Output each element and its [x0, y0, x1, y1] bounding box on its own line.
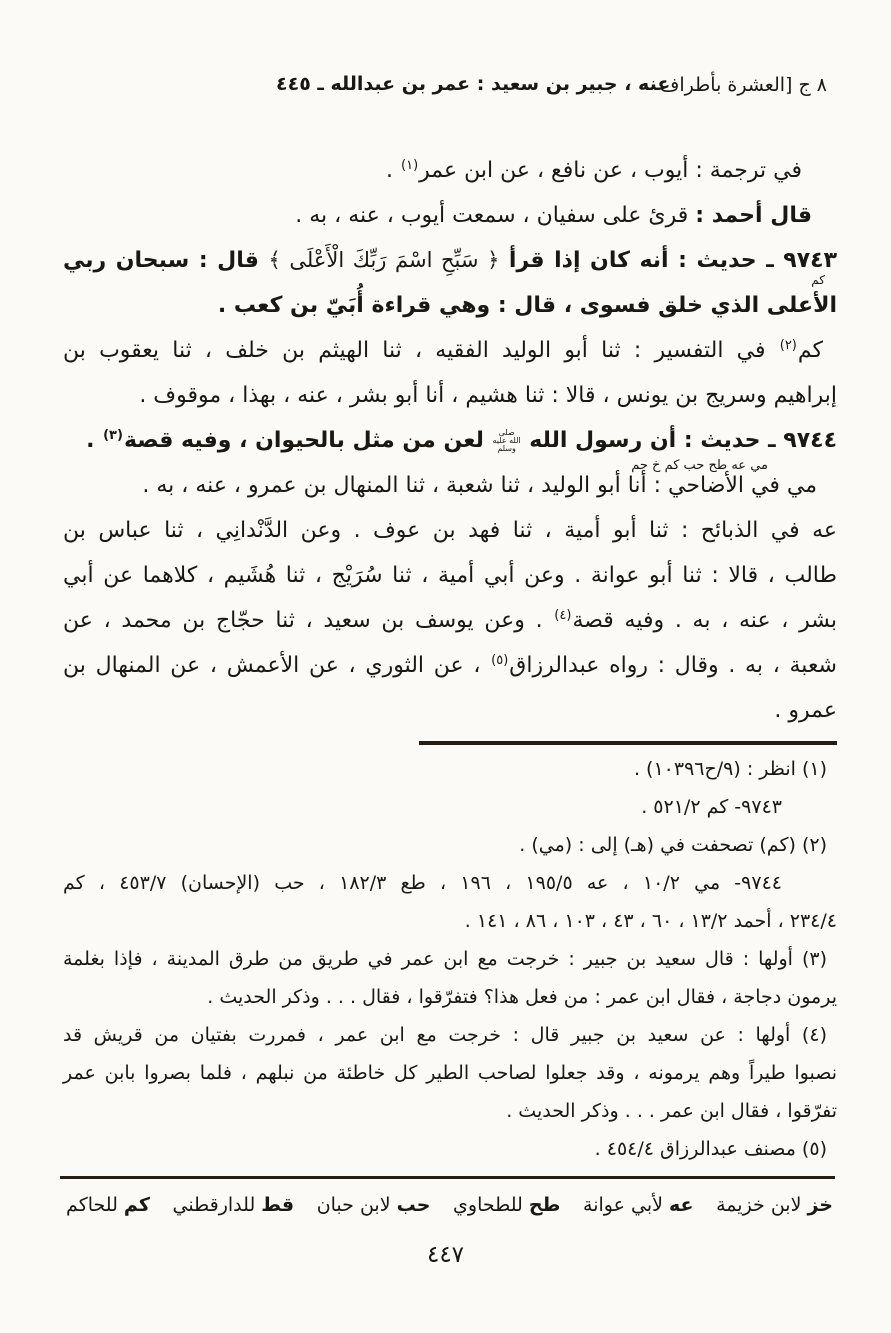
footnote-2-sources-line1: ٩٧٤٤- مي ١٠/٢ ، عه ١٩٥/٥ ، ١٩٦ ، طع ١٨٢/…	[63, 864, 837, 902]
footnote-ref-3: (٣)	[102, 428, 124, 443]
tarjama-line: في ترجمة : أيوب ، عن نافع ، عن ابن عمر(١…	[63, 148, 837, 193]
footnote-1-sources: ٩٧٤٣- كم ٥٢١/٢ .	[63, 788, 837, 826]
adahi-line: مي في الأضاحي : أنا أبو الوليد ، ثنا شعب…	[63, 463, 837, 508]
hadith-9744-mid: لعن من مثل بالحيوان ، وفيه قصة	[124, 428, 492, 453]
abbrev: حب	[397, 1194, 431, 1216]
abbrev-key-daraqutni: قط للدارقطني	[172, 1191, 294, 1219]
ahmad-rest: قرئ على سفيان ، سمعت أيوب ، عنه ، به .	[295, 203, 695, 228]
abbrev: قط	[261, 1194, 294, 1216]
dhabaih-line4b: ، عن الثوري ، عن الأعمش ، عن المنهال بن	[63, 653, 490, 678]
dhabaih-line3b: . وعن يوسف بن سعيد ، ثنا حجّاج بن محمد ،…	[63, 608, 553, 633]
hadith-9743-head: ٩٧٤٣ ـ حديث : أنه كان إذا قرأ	[499, 248, 837, 273]
abbrev-name: للدارقطني	[172, 1194, 255, 1216]
abbrev-name: لأبي عوانة	[583, 1194, 663, 1216]
abbrev-name: لابن حبان	[317, 1194, 391, 1216]
abbreviation-key-row: خز لابن خزيمة عه لأبي عوانة طح للطحاوي ح…	[66, 1191, 833, 1219]
tafsir-line1: كم(٢) في التفسير : ثنا أبو الوليد الفقيه…	[63, 328, 837, 373]
footnote-ref-4: (٤)	[553, 608, 572, 623]
abbrev-key-tahawi: طح للطحاوي	[453, 1191, 560, 1219]
abbrev-name: للحاكم	[66, 1194, 118, 1216]
footnote-ref-2: (٢)	[779, 338, 798, 353]
quran-verse: ﴿ سَبِّحِ اسْمَ رَبِّكَ الْأَعْلَى ﴾	[269, 248, 500, 272]
tafsir-rumz: كم	[798, 338, 823, 363]
footnote-ref-1: (١)	[400, 158, 419, 173]
footnote-4-line2: نصبوا طيراً وهم يرمونه ، وقد جعلوا لصاحب…	[63, 1054, 837, 1092]
tarjama-tail: .	[386, 158, 400, 183]
dhabaih-line4: شعبة ، به . وقال : رواه عبدالرزاق(٥) ، ع…	[63, 643, 837, 688]
footnote-2-sources-line2: ٢٣٤/٤ ، أحمد ١٣/٢ ، ٦٠ ، ٤٣ ، ١٠٣ ، ٨٦ ،…	[63, 902, 837, 940]
dhabaih-line2: طالب ، قالا : ثنا أبو عوانة . وعن أبي أم…	[63, 553, 837, 598]
footnote-3-line1: (٣) أولها : قال سعيد بن جبير : خرجت مع ا…	[63, 940, 837, 978]
abbrev-key-awanah: عه لأبي عوانة	[583, 1191, 693, 1219]
footnote-1: (١) انظر : (٩/ح١٠٣٩٦) .	[63, 750, 837, 788]
abbrev: كم	[124, 1194, 150, 1216]
hadith-9743-line1: ٩٧٤٣ ـ حديث : أنه كان إذا قرأ ﴿ سَبِّحِ …	[63, 238, 837, 283]
tarjama-text: في ترجمة : أيوب ، عن نافع ، عن ابن عمر	[419, 158, 802, 183]
footnotes-block: (١) انظر : (٩/ح١٠٣٩٦) . ٩٧٤٣- كم ٥٢١/٢ .…	[63, 750, 837, 1168]
abbrev: طح	[529, 1194, 561, 1216]
abbrev-name: للطحاوي	[453, 1194, 523, 1216]
abbrev-key-khuzaymah: خز لابن خزيمة	[716, 1191, 833, 1219]
dhabaih-line1: عه في الذبائح : ثنا أبو أمية ، ثنا فهد ب…	[63, 508, 837, 553]
abbrev-key-hakim: كم للحاكم	[66, 1191, 150, 1219]
footnote-3-line2: يرمون دجاجة ، فقال ابن عمر : من فعل هذا؟…	[63, 978, 837, 1016]
abbrev-name: لابن خزيمة	[716, 1194, 801, 1216]
footnote-4-line3: تفرّقوا ، فقال ابن عمر . . . وذكر الحديث…	[63, 1092, 837, 1130]
hadith-9743-line2: الأعلى الذي خلق فسوى ، قال : وهي قراءة أ…	[63, 283, 837, 328]
dhabaih-line4a: شعبة ، به . وقال : رواه عبدالرزاق	[509, 653, 837, 678]
page-number: ٤٤٧	[0, 1242, 891, 1268]
hadith-9743-tail: قال : سبحان ربي	[63, 248, 269, 273]
header-volume-title: ٨ ج [العشرة بأطراف	[660, 74, 827, 96]
footnote-separator-rule	[419, 741, 837, 745]
saw-ligature: صلى الله عليه وسلم	[492, 429, 522, 453]
footnote-5: (٥) مصنف عبدالرزاق ٤٥٤/٤ .	[63, 1130, 837, 1168]
footnote-ref-5: (٥)	[490, 653, 509, 668]
tafsir-text: في التفسير : ثنا أبو الوليد الفقيه ، ثنا…	[63, 338, 779, 363]
footer-rule	[60, 1176, 835, 1179]
body-text: في ترجمة : أيوب ، عن نافع ، عن ابن عمر(١…	[63, 148, 837, 733]
ahmad-line: قال أحمد : قرئ على سفيان ، سمعت أيوب ، ع…	[63, 193, 837, 238]
dhabaih-line3: بشر ، عنه ، به . وفيه قصة(٤) . وعن يوسف …	[63, 598, 837, 643]
dhabaih-line3a: بشر ، عنه ، به . وفيه قصة	[572, 608, 837, 633]
tafsir-line2: إبراهيم وسريج بن يونس ، قالا : ثنا هشيم …	[63, 373, 837, 418]
ahmad-lead: قال أحمد :	[695, 203, 812, 228]
dhabaih-line5: عمرو .	[63, 688, 837, 733]
abbrev-key-hibban: حب لابن حبان	[317, 1191, 431, 1219]
abbrev: عه	[669, 1194, 694, 1216]
abbrev: خز	[807, 1194, 833, 1216]
hadith-9744-line: ٩٧٤٤ ـ حديث : أن رسول الله صلى الله عليه…	[63, 418, 837, 463]
book-page: ٨ ج [العشرة بأطراف عنه ، جبير بن سعيد : …	[0, 0, 891, 1333]
footnote-2: (٢) (كم) تصحفت في (هـ) إلى : (مي) .	[63, 826, 837, 864]
hadith-9744-tail: .	[86, 428, 102, 453]
hadith-9744-head: ٩٧٤٤ ـ حديث : أن رسول الله	[522, 428, 837, 453]
header-running-head: عنه ، جبير بن سعيد : عمر بن عبدالله ـ ٤٤…	[276, 73, 670, 95]
footnote-4-line1: (٤) أولها : عن سعيد بن جبير قال : خرجت م…	[63, 1016, 837, 1054]
